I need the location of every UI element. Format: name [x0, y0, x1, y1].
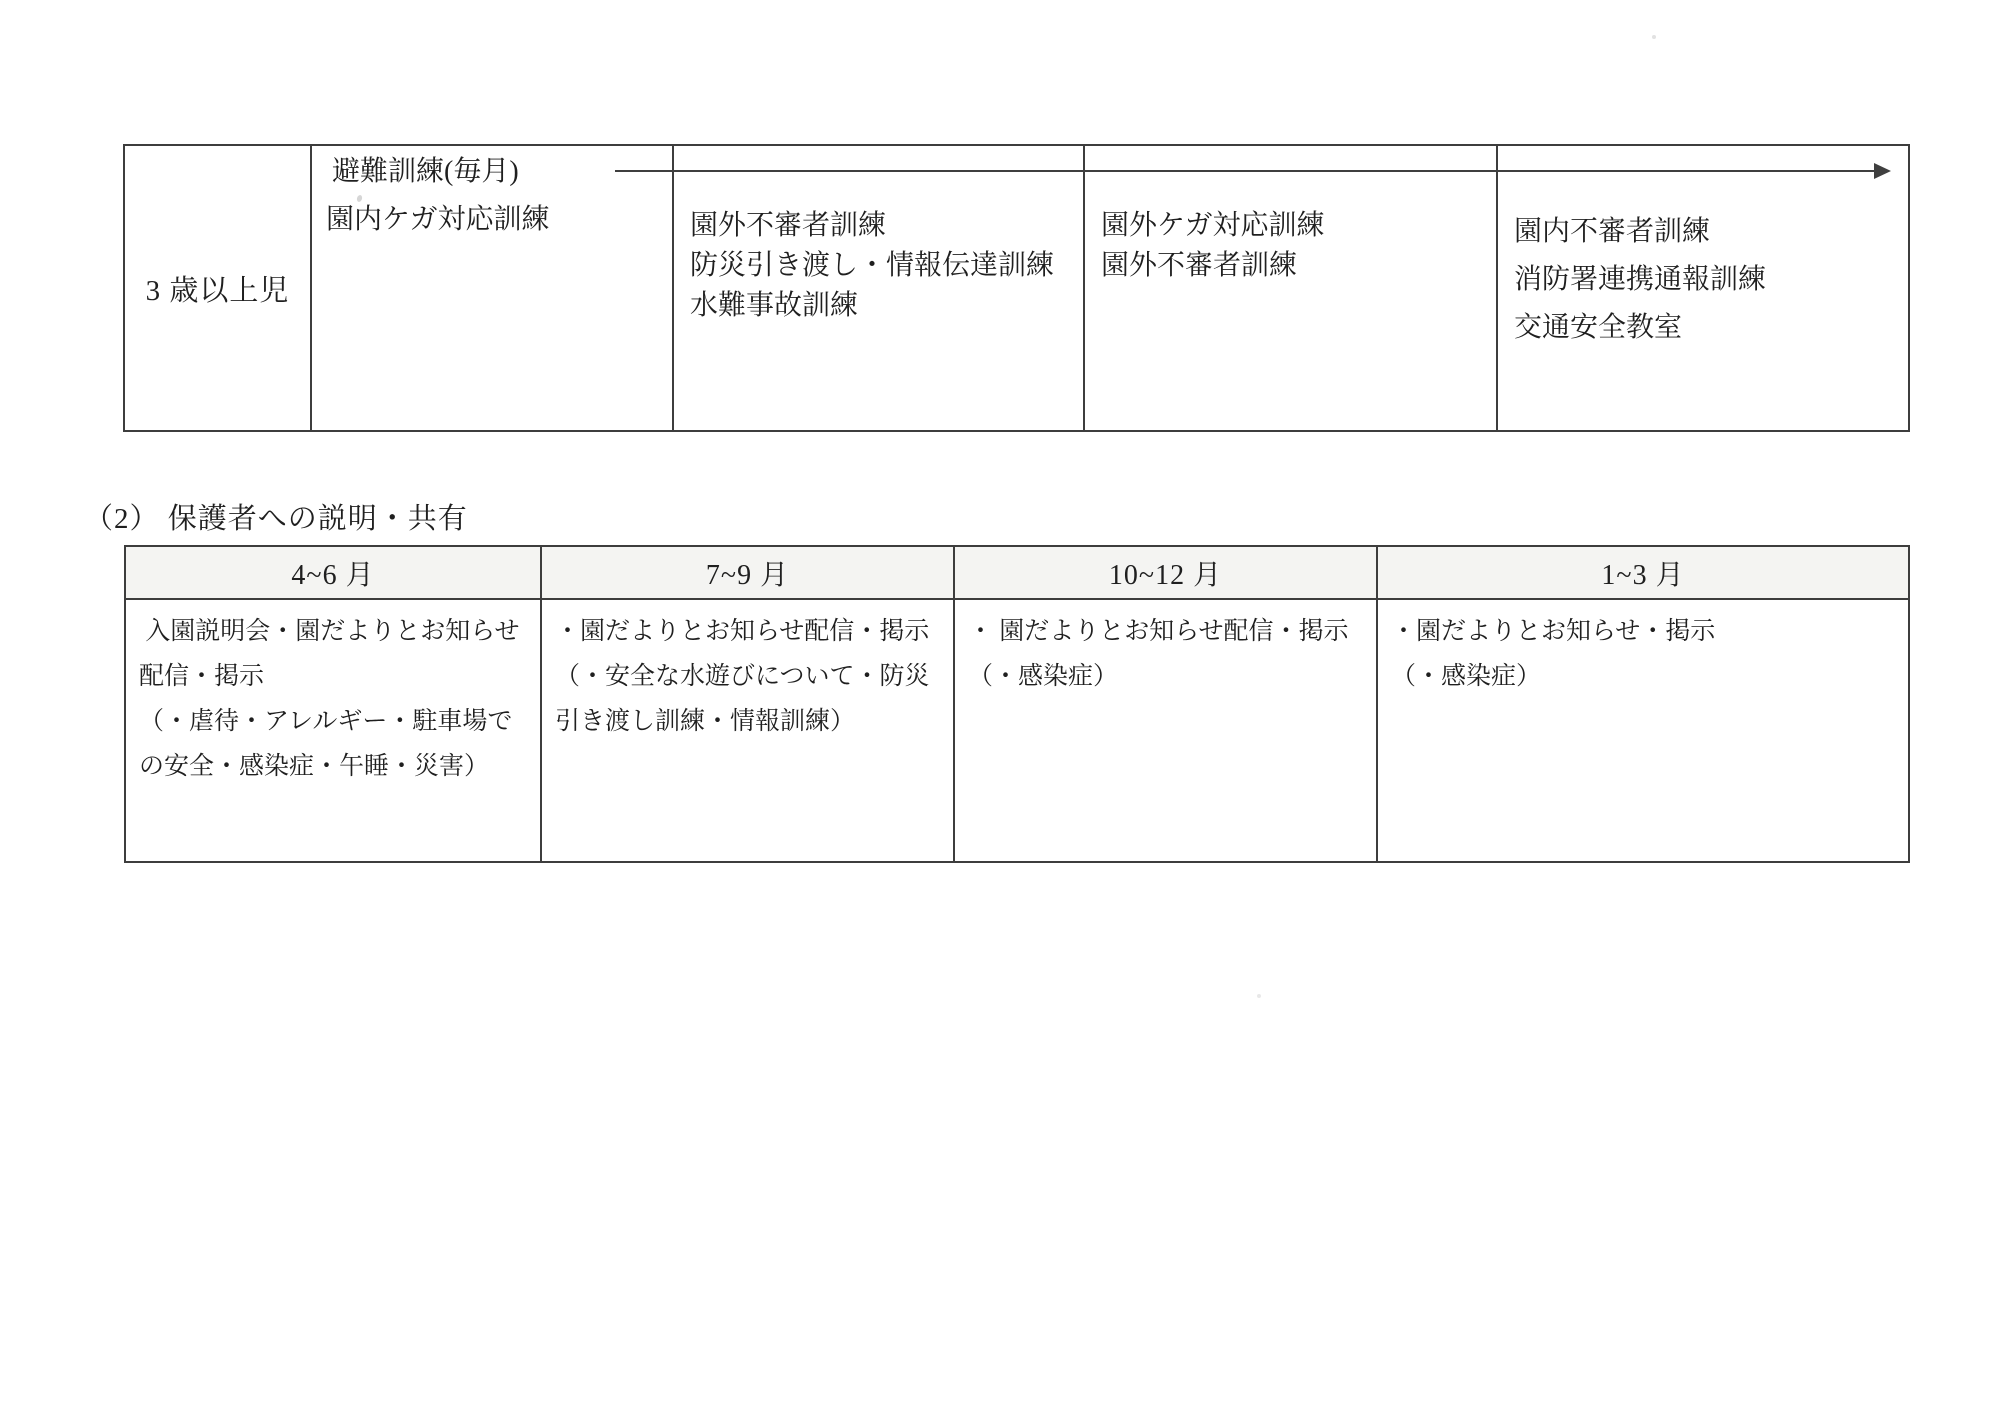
age-group-label: 3 歳以上児	[146, 268, 290, 309]
guardian-communication-table: 4~6 月 7~9 月 10~12 月 1~3 月 入園説明会・園だよりとお知ら…	[124, 545, 1910, 863]
monthly-drill-arrow-line	[615, 170, 1877, 172]
training-cell-oct-dec: 園外ケガ対応訓練 園外不審者訓練	[1083, 146, 1496, 430]
training-cell-jul-sep: 園外不審者訓練 防災引き渡し・情報伝達訓練 水難事故訓練	[672, 146, 1083, 430]
training-cell-jan-mar: 園内不審者訓練 消防署連携通報訓練 交通安全教室	[1496, 146, 1908, 430]
training-item: 消防署連携通報訓練	[1514, 256, 1898, 304]
monthly-drill-label: 避難訓練(毎月)	[332, 152, 662, 192]
section-heading: （2） 保護者への説明・共有	[84, 496, 468, 537]
communication-cell-jul-sep: ・園だよりとお知らせ配信・掲示 （・安全な水遊びについて・防災 引き渡し訓練・情…	[540, 600, 953, 861]
communication-item: の安全・感染症・午睡・災害）	[139, 744, 527, 789]
training-item: 園内不審者訓練	[1514, 208, 1898, 256]
scan-speck	[1652, 35, 1656, 39]
safety-training-table: 3 歳以上児 避難訓練(毎月) 園内ケガ対応訓練 園外不審者訓練 防災引き渡し・…	[123, 144, 1910, 432]
training-item: 交通安全教室	[1514, 304, 1898, 352]
training-item: 園外不審者訓練	[690, 206, 1073, 246]
training-item: 園外ケガ対応訓練	[1101, 206, 1486, 246]
communication-item: （・安全な水遊びについて・防災	[555, 654, 940, 699]
communication-cell-apr-jun: 入園説明会・園だよりとお知らせ 配信・掲示 （・虐待・アレルギー・駐車場で の安…	[126, 600, 540, 861]
scan-speck	[1257, 994, 1261, 998]
communication-item: 入園説明会・園だよりとお知らせ	[139, 609, 527, 654]
communication-item: （・感染症）	[1391, 654, 1895, 699]
month-header-apr-jun: 4~6 月	[126, 547, 540, 600]
right-arrow-icon	[1874, 163, 1891, 179]
training-item: 園内ケガ対応訓練	[326, 200, 662, 240]
training-item: 防災引き渡し・情報伝達訓練	[690, 246, 1073, 286]
month-header-oct-dec: 10~12 月	[953, 547, 1376, 600]
training-item: 園外不審者訓練	[1101, 246, 1486, 286]
communication-item: （・虐待・アレルギー・駐車場で	[139, 699, 527, 744]
scanned-document-page: 3 歳以上児 避難訓練(毎月) 園内ケガ対応訓練 園外不審者訓練 防災引き渡し・…	[0, 0, 2000, 1414]
month-header-jan-mar: 1~3 月	[1376, 547, 1908, 600]
communication-item: （・感染症）	[968, 654, 1363, 699]
communication-item: 配信・掲示	[139, 654, 527, 699]
communication-item: ・ 園だよりとお知らせ配信・掲示	[968, 609, 1363, 654]
communication-item: ・園だよりとお知らせ・掲示	[1391, 609, 1895, 654]
month-header-jul-sep: 7~9 月	[540, 547, 953, 600]
training-cell-apr-jun: 避難訓練(毎月) 園内ケガ対応訓練	[310, 146, 672, 430]
communication-cell-oct-dec: ・ 園だよりとお知らせ配信・掲示 （・感染症）	[953, 600, 1376, 861]
age-group-cell: 3 歳以上児	[125, 146, 310, 430]
communication-item: ・園だよりとお知らせ配信・掲示	[555, 609, 940, 654]
training-item: 水難事故訓練	[690, 286, 1073, 326]
communication-cell-jan-mar: ・園だよりとお知らせ・掲示 （・感染症）	[1376, 600, 1908, 861]
communication-item: 引き渡し訓練・情報訓練）	[555, 699, 940, 744]
